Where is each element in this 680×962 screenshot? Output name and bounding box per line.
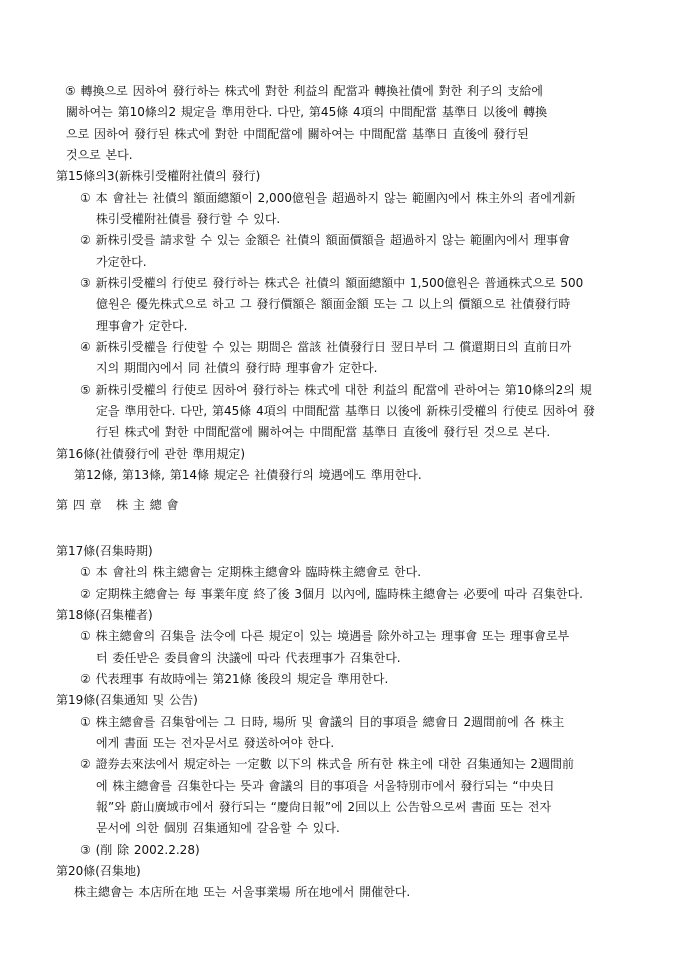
document-line: 關하여는 第10條의2 規定을 準用한다. 다만, 第45條 4項의 中間配當 …: [66, 105, 547, 119]
document-line: ④ 新株引受權을 行使할 수 있는 期間은 當該 社債發行日 翌日부터 그 償還…: [80, 340, 571, 354]
document-line: ⑤ 新株引受權의 行使로 因하여 發行하는 株式에 대한 利益의 配當에 관하여…: [80, 383, 592, 397]
document-line: 株主總會는 本店所在地 또는 서울事業場 所在地에서 開催한다.: [74, 885, 410, 899]
document-line: 第17條(召集時期): [56, 544, 153, 558]
document-line: 에 株主總會를 召集한다는 뜻과 會議의 目的事項을 서울特別市에서 發行되는 …: [96, 779, 555, 793]
document-line: 報”와 蔚山廣域市에서 發行되는 “慶尙日報”에 2回以上 公告함으로써 書面 …: [96, 800, 551, 814]
document-line: ② 代表理事 有故時에는 第21條 後段의 規定을 準用한다.: [80, 672, 388, 686]
document-line: ② 定期株主總會는 每 事業年度 終了後 3個月 以內에, 臨時株主總會는 必要…: [80, 587, 583, 601]
document-page: ⑤ 轉換으로 因하여 發行하는 株式에 對한 利益의 配當과 轉換社債에 對한 …: [0, 0, 680, 962]
document-line: 株引受權附社債를 發行할 수 있다.: [96, 212, 280, 226]
document-line: 으로 因하여 發行된 株式에 對한 中間配當에 關하여는 中間配當 基準日 直後…: [66, 127, 529, 141]
document-line: 것으로 본다.: [66, 148, 133, 162]
document-line: ① 本 會社는 社債의 額面總額이 2,000億원을 超過하지 않는 範圍內에서…: [80, 191, 576, 205]
document-line: ③ 新株引受權의 行使로 發行하는 株式은 社債의 額面總額中 1,500億원은…: [80, 276, 583, 290]
document-line: ① 株主總會를 召集함에는 그 日時, 場所 및 會議의 目的事項을 總會日 2…: [80, 715, 564, 729]
document-line: 億원은 優先株式으로 하고 그 發行價額은 額面金額 또는 그 以上의 價額으로…: [96, 297, 570, 311]
document-line: 理事會가 定한다.: [96, 319, 187, 333]
document-line: 第16條(社債發行에 관한 準用規定): [56, 447, 245, 461]
document-line: 문서에 의한 個別 召集通知에 갈음할 수 있다.: [96, 821, 340, 835]
document-line: 에게 書面 또는 전자문서로 發送하여야 한다.: [96, 736, 334, 750]
document-line: ② 證券去來法에서 規定하는 一定數 以下의 株式을 所有한 株主에 대한 召集…: [80, 757, 574, 771]
document-line: ② 新株引受를 請求할 수 있는 金額은 社債의 額面價額을 超過하지 않는 範…: [80, 233, 570, 247]
document-line: 第20條(召集地): [56, 864, 141, 878]
document-line: 行된 株式에 對한 中間配當에 關하여는 中間配當 基準日 直後에 發行된 것으…: [96, 425, 550, 439]
document-line: ① 本 會社의 株主總會는 定期株主總會와 臨時株主總會로 한다.: [80, 565, 421, 579]
document-line: 第18條(召集權者): [56, 608, 153, 622]
document-line: 第19條(召集通知 및 公告): [56, 693, 198, 707]
document-line: ① 株主總會의 召集을 法令에 다른 規定이 있는 境遇를 除外하고는 理事會 …: [80, 629, 569, 643]
document-line: 第12條, 第13條, 第14條 規定은 社債發行의 境遇에도 準用한다.: [74, 468, 422, 482]
document-line: 定을 準用한다. 다만, 第45條 4項의 中間配當 基準日 以後에 新株引受權…: [96, 404, 595, 418]
document-line: 第15條의3(新株引受權附社債의 發行): [56, 169, 260, 183]
document-line: 지의 期間內에서 同 社債의 發行時 理事會가 定한다.: [96, 361, 377, 375]
document-line: 가定한다.: [96, 255, 147, 269]
document-line: ⑤ 轉換으로 因하여 發行하는 株式에 對한 利益의 配當과 轉換社債에 對한 …: [65, 84, 543, 98]
document-line: 터 委任받은 委員會의 決議에 따라 代表理事가 召集한다.: [96, 651, 401, 665]
document-line: 第 四 章 株 主 總 會: [56, 498, 179, 512]
document-line: ③ (削 除 2002.2.28): [80, 843, 200, 857]
